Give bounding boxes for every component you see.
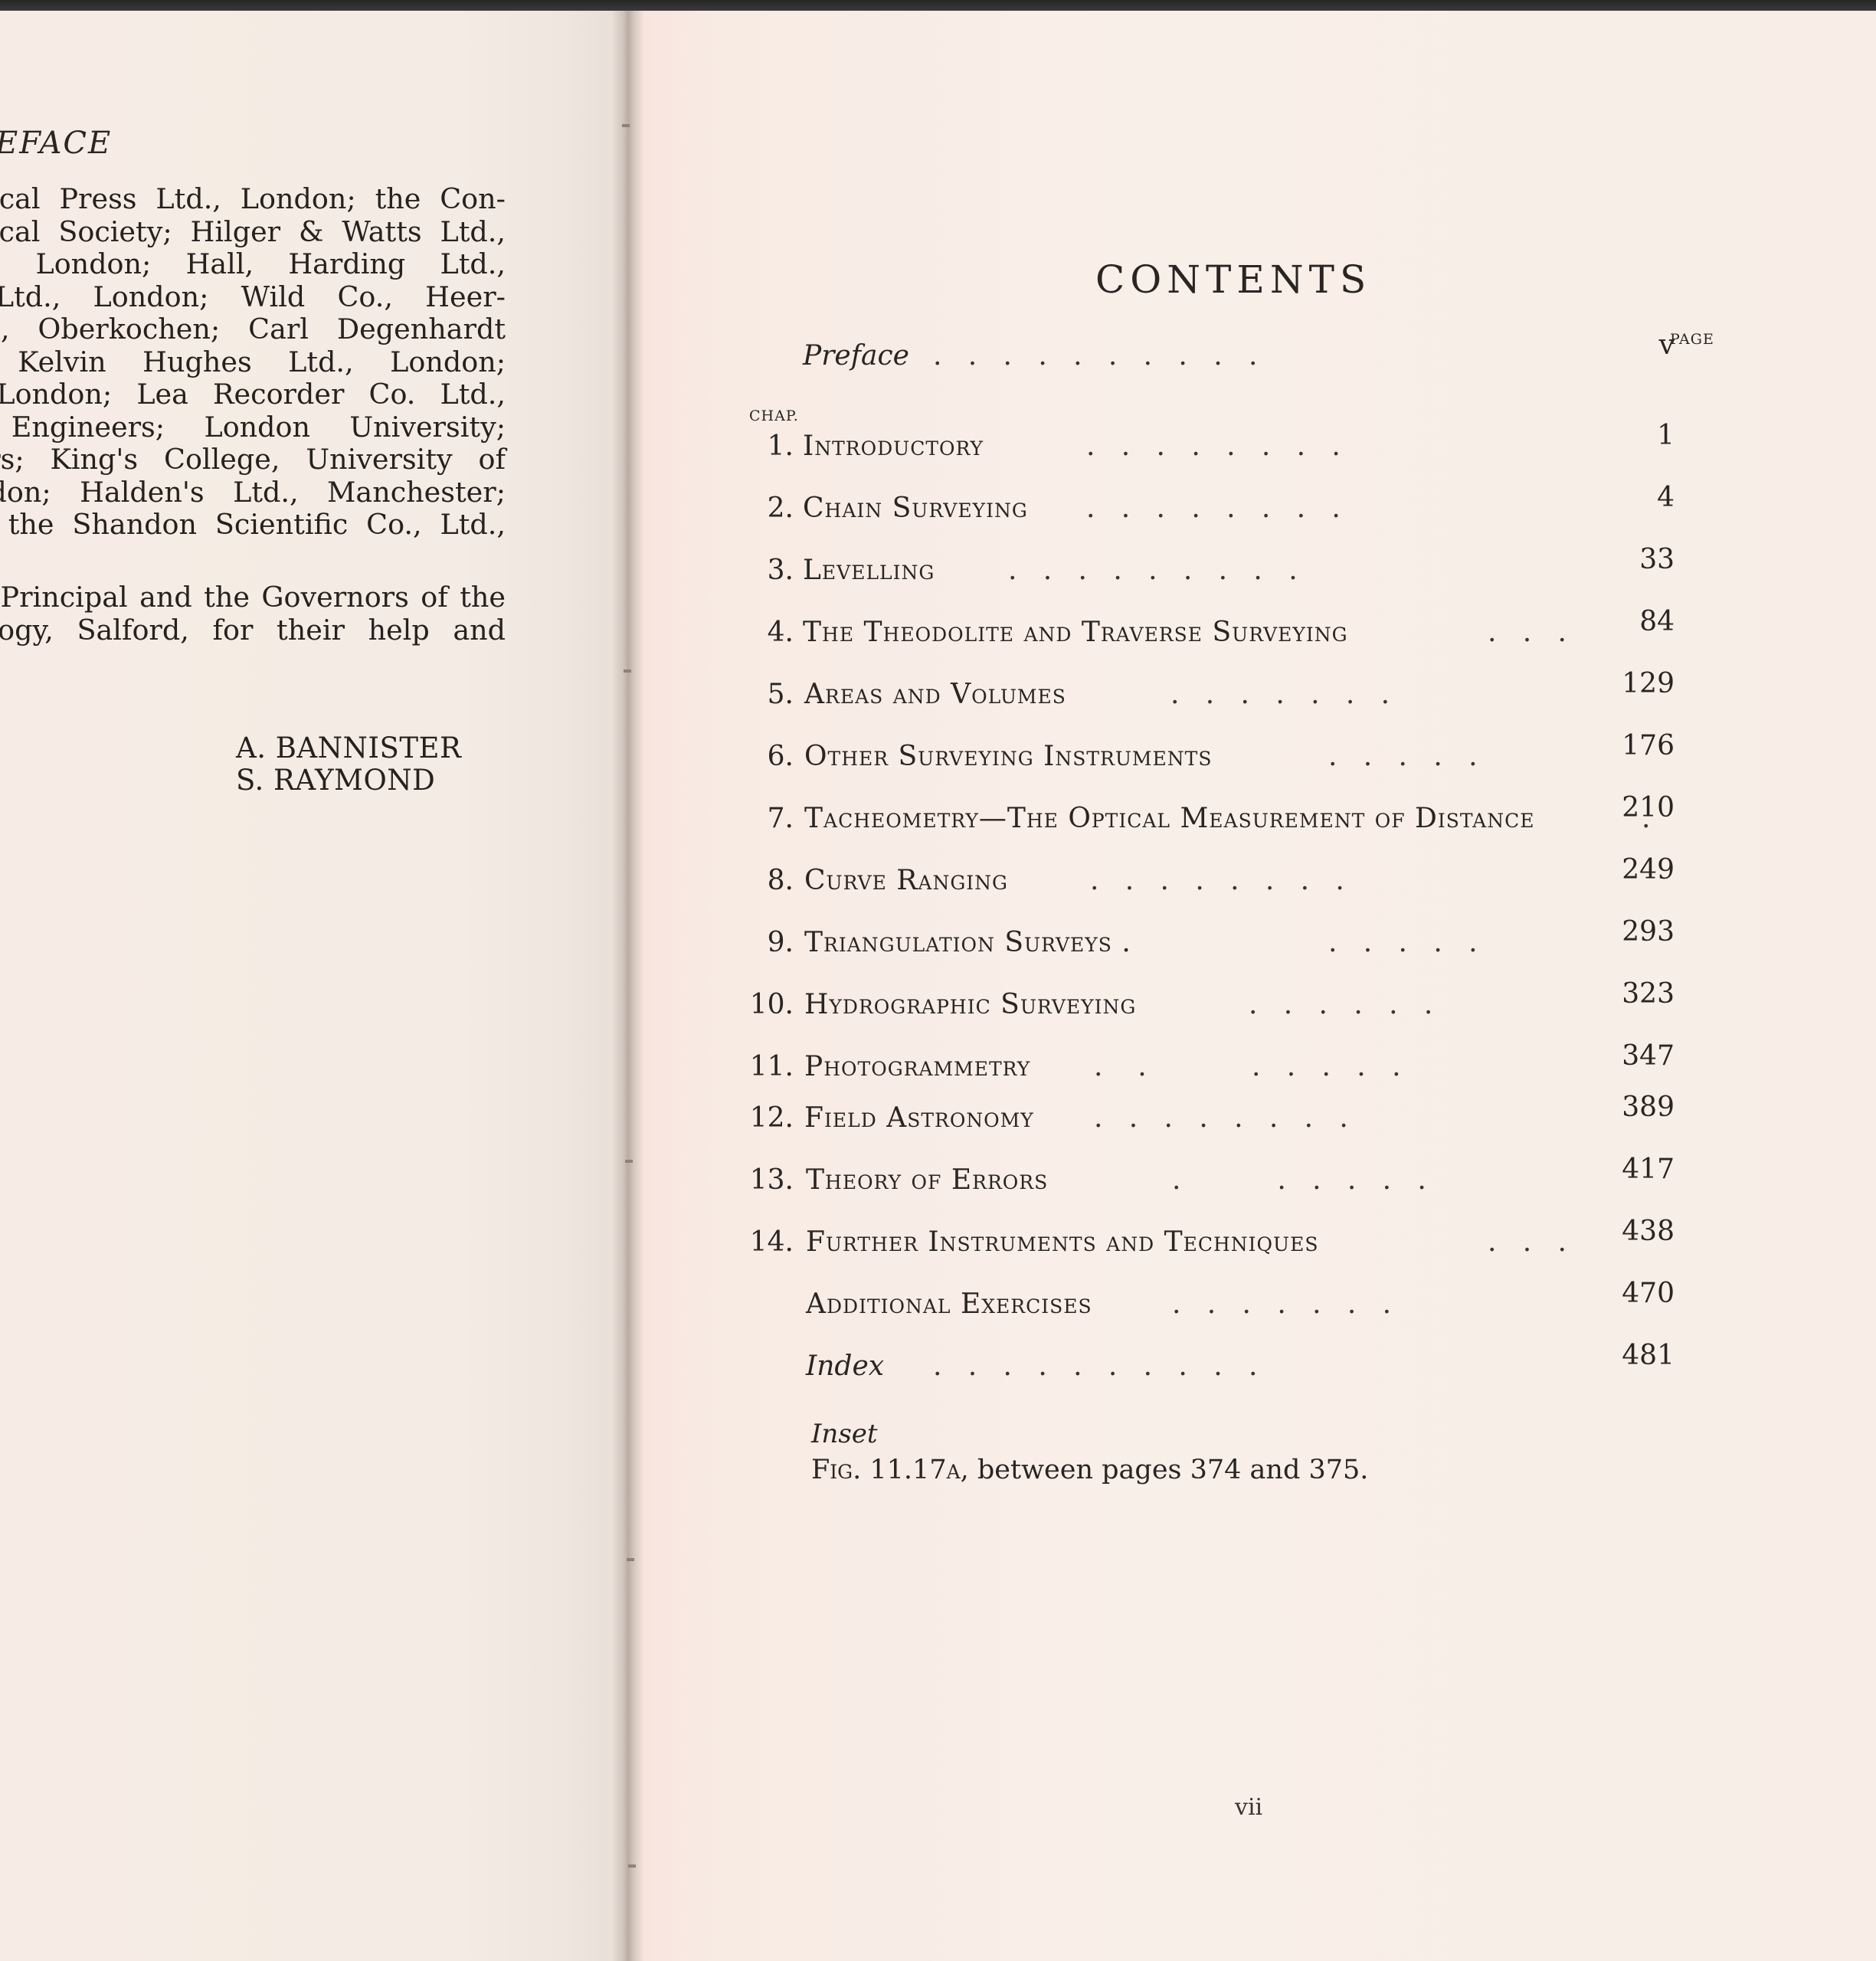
toc-chapter-number: 14. — [750, 1226, 794, 1258]
toc-chapter-number: 3. — [768, 555, 794, 586]
thanks-line: he Principal and the Governors of the — [0, 581, 506, 614]
toc-chapter-number: 2. — [768, 493, 794, 524]
toc-page-number: 438 — [1622, 1216, 1675, 1247]
toc-entry: 4.The Theodolite and Traverse Surveying.… — [643, 617, 1716, 653]
toc-chapter-title: Triangulation Surveys . — [804, 927, 1131, 958]
toc-chapter-title: Other Surveying Instruments — [804, 741, 1212, 772]
acknowledgement-line: phical Society; Hilger & Watts Ltd., — [0, 216, 506, 249]
toc-page-number: 470 — [1622, 1278, 1675, 1309]
toc-chapter-number: 5. — [768, 679, 794, 710]
toc-chapter-number: 12. — [750, 1102, 794, 1134]
toc-page-number: 323 — [1622, 978, 1675, 1010]
binding-stitch — [622, 124, 630, 127]
toc-chapter-title: Curve Ranging — [804, 865, 1008, 896]
toc-entry: 1.Introductory. . . . . . . .1 — [643, 431, 1716, 467]
toc-page-number: 347 — [1622, 1040, 1675, 1072]
toc-chapter-number: 10. — [750, 989, 794, 1020]
left-page: EFACE hnical Press Ltd., London; the Con… — [0, 11, 613, 1961]
toc-dot-leader: . . . . . . — [1172, 1164, 1426, 1196]
toc-entry: 7.Tacheometry—The Optical Measurement of… — [643, 803, 1716, 840]
toc-chapter-number: 11. — [750, 1051, 794, 1082]
toc-dot-leader: . . . — [1488, 1226, 1567, 1258]
toc-page-number: 84 — [1639, 606, 1675, 637]
toc-chapter-title: Hydrographic Surveying — [804, 989, 1136, 1020]
toc-chapter-number: 9. — [768, 927, 794, 958]
book-gutter — [613, 11, 643, 1961]
toc-chapter-number: 1. — [768, 431, 794, 462]
right-page-contents: CONTENTS PAGE CHAP. Preface. . . . . . .… — [643, 11, 1876, 1961]
inset-fig-suffix: a — [947, 1455, 961, 1485]
preface-paragraph-acknowledgements: hnical Press Ltd., London; the Con-phica… — [0, 183, 506, 542]
acknowledgement-line: ., London; Lea Recorder Co. Ltd., — [0, 378, 506, 411]
toc-entry: 14.Further Instruments and Techniques. .… — [643, 1226, 1716, 1263]
scanner-top-edge — [0, 0, 1876, 11]
toc-entry: 13.Theory of Errors. . . . . .417 — [643, 1164, 1716, 1201]
toc-chapter-title: Introductory — [803, 431, 984, 462]
toc-page-number: 1 — [1657, 420, 1675, 451]
toc-entry: 2.Chain Surveying. . . . . . . .4 — [643, 493, 1716, 529]
toc-chapter-title: Areas and Volumes — [804, 679, 1066, 710]
acknowledgement-line: nd the Shandon Scientific Co., Ltd., — [0, 509, 506, 542]
acknowledgement-line: hnical Press Ltd., London; the Con- — [0, 183, 506, 216]
contents-title: CONTENTS — [1095, 257, 1371, 302]
chapter-column-label: CHAP. — [749, 408, 799, 424]
toc-entry: Index. . . . . . . . . .481 — [643, 1350, 1716, 1387]
toc-page-number: 293 — [1622, 916, 1675, 948]
toc-page-number: 33 — [1639, 544, 1675, 575]
toc-dot-leader: . . . — [1488, 617, 1567, 648]
toc-page-number: 210 — [1622, 792, 1675, 823]
inset-fig-number: . 11.17 — [853, 1455, 946, 1485]
inset-fig-label: Fig — [811, 1455, 853, 1485]
toc-chapter-number: 7. — [768, 803, 794, 834]
toc-entry: 5.Areas and Volumes. . . . . . .129 — [643, 679, 1716, 715]
toc-chapter-number: 6. — [768, 741, 794, 772]
toc-chapter-title: Levelling — [803, 555, 935, 586]
toc-dot-leader: . . . . . — [1328, 741, 1478, 772]
toc-chapter-title: The Theodolite and Traverse Surveying — [803, 617, 1348, 648]
acknowledgement-line: td., London; Hall, Harding Ltd., — [0, 248, 506, 281]
toc-dot-leader: . . . . . . . . . . — [933, 340, 1257, 372]
inset-note: Fig. 11.17a, between pages 374 and 375. — [811, 1455, 1368, 1485]
toc-entry: 9.Triangulation Surveys .. . . . .293 — [643, 927, 1716, 964]
toc-page-number: 417 — [1622, 1154, 1675, 1185]
preface-paragraph-thanks: he Principal and the Governors of thenol… — [0, 581, 506, 647]
inset-label: Inset — [811, 1419, 878, 1449]
toc-chapter-title: Theory of Errors — [806, 1164, 1048, 1196]
toc-dot-leader: . . . . . . . — [1172, 1288, 1391, 1320]
signature-bannister: A. BANNISTER — [236, 732, 461, 764]
toc-dot-leader: . . . . . . . . — [1094, 1102, 1348, 1134]
toc-page-number: 481 — [1622, 1340, 1675, 1371]
toc-page-number: 129 — [1622, 668, 1675, 699]
toc-dot-leader: . . . . . . — [1249, 989, 1432, 1020]
toc-chapter-title: Photogrammetry — [804, 1051, 1030, 1082]
toc-dot-leader: . . . . . . . . — [1086, 493, 1341, 524]
toc-entry: 10.Hydrographic Surveying. . . . . .323 — [643, 989, 1716, 1026]
binding-stitch — [625, 1160, 633, 1163]
toc-entry: 11.Photogrammetry. . . . . . .347 — [643, 1051, 1716, 1088]
toc-chapter-title: Further Instruments and Techniques — [806, 1226, 1318, 1258]
toc-dot-leader: . . . . . . . . — [1086, 431, 1341, 462]
page-number-folio: vii — [1235, 1794, 1262, 1821]
toc-chapter-number: 4. — [768, 617, 794, 648]
toc-entry: 3.Levelling. . . . . . . . .33 — [643, 555, 1716, 591]
running-head: EFACE — [0, 126, 112, 161]
thanks-line: nology, Salford, for their help and — [0, 614, 506, 647]
acknowledgement-line: n; Kelvin Hughes Ltd., London; — [0, 346, 506, 379]
toc-chapter-title: Additional Exercises — [806, 1288, 1092, 1320]
toc-entry: 6.Other Surveying Instruments. . . . .17… — [643, 741, 1716, 778]
toc-chapter-title: Tacheometry—The Optical Measurement of D… — [804, 803, 1534, 834]
toc-chapter-title: Chain Surveying — [803, 493, 1028, 524]
toc-chapter-title: Field Astronomy — [804, 1102, 1034, 1134]
acknowledgement-line: Co., Oberkochen; Carl Degenhardt — [0, 313, 506, 346]
toc-entry: 8.Curve Ranging. . . . . . . .249 — [643, 865, 1716, 902]
acknowledgement-line: eers; King's College, University of — [0, 444, 506, 476]
toc-page-number: 4 — [1657, 482, 1675, 513]
toc-entry: 12.Field Astronomy. . . . . . . .389 — [643, 1102, 1716, 1139]
toc-dot-leader: . . . . . . . — [1094, 1051, 1401, 1082]
toc-chapter-number: 13. — [750, 1164, 794, 1196]
toc-dot-leader: . . . . . . . . — [1090, 865, 1344, 896]
toc-page-number: 176 — [1622, 730, 1675, 761]
toc-page-number: 249 — [1622, 854, 1675, 886]
toc-chapter-number: 8. — [768, 865, 794, 896]
inset-fig-location: , between pages 374 and 375. — [961, 1455, 1369, 1485]
toc-page-number: 389 — [1622, 1092, 1675, 1123]
acknowledgement-line: ondon; Halden's Ltd., Manchester; — [0, 476, 506, 509]
toc-page-number: v — [1659, 329, 1675, 361]
toc-chapter-title: Index — [806, 1350, 884, 1382]
toc-dot-leader: . . . . . — [1328, 927, 1478, 958]
toc-entry: Preface. . . . . . . . . .v — [643, 340, 1716, 377]
acknowledgement-line: . Ltd., London; Wild Co., Heer- — [0, 281, 506, 314]
toc-dot-leader: . . . . . . . . . . — [933, 1350, 1257, 1382]
toc-dot-leader: . . . . . . . — [1170, 679, 1390, 710]
acknowledgement-line: il Engineers; London University; — [0, 411, 506, 444]
signature-raymond: S. RAYMOND — [236, 764, 461, 797]
binding-stitch — [627, 1558, 634, 1561]
toc-chapter-title: Preface — [803, 340, 909, 372]
binding-stitch — [624, 669, 631, 673]
binding-stitch — [628, 1864, 636, 1868]
toc-entry: Additional Exercises. . . . . . .470 — [643, 1288, 1716, 1325]
author-signatures: A. BANNISTER S. RAYMOND — [236, 732, 461, 797]
toc-dot-leader: . . . . . . . . . — [1008, 555, 1298, 586]
